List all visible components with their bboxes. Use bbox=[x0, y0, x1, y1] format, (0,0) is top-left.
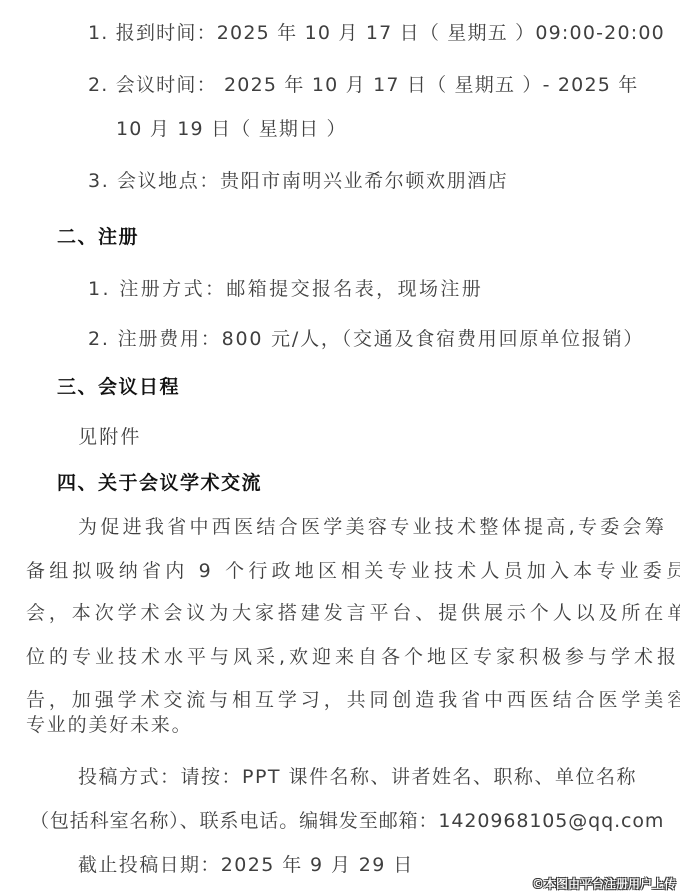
submission-method-line-continued: （包括科室名称）、联系电话。编辑发至邮箱：1420968105@qq.com bbox=[30, 808, 664, 834]
meeting-time-item: 2. 会议时间： 2025 年 10 月 17 日（ 星期五 ）- 2025 年 bbox=[88, 72, 638, 98]
section-heading-academic-exchange: 四、关于会议学术交流 bbox=[57, 470, 262, 496]
paragraph-line: 会，本次学术会议为大家搭建发言平台、提供展示个人以及所在单 bbox=[26, 600, 680, 626]
submission-deadline: 截止投稿日期：2025 年 9 月 29 日 bbox=[78, 852, 414, 878]
section-heading-registration: 二、注册 bbox=[57, 224, 139, 250]
schedule-body: 见附件 bbox=[78, 424, 142, 450]
registration-fee-item: 2. 注册费用：800 元/人，（交通及食宿费用回原单位报销） bbox=[88, 326, 644, 352]
paragraph-line: 专业的美好未来。 bbox=[26, 712, 192, 738]
meeting-time-item-continued: 10 月 19 日（ 星期日 ） bbox=[116, 116, 347, 142]
upload-watermark: ©本图由平台注册用户上传 bbox=[532, 877, 676, 891]
meeting-venue-item: 3. 会议地点：贵阳市南明兴业希尔顿欢朋酒店 bbox=[88, 168, 508, 194]
paragraph-line: 为促进我省中西医结合医学美容专业技术整体提高,专委会筹 bbox=[78, 514, 667, 540]
checkin-time-item: 1. 报到时间：2025 年 10 月 17 日（ 星期五 ）09:00-20:… bbox=[88, 20, 665, 46]
submission-method-line: 投稿方式：请按：PPT 课件名称、讲者姓名、职称、单位名称 bbox=[78, 764, 637, 790]
registration-method-item: 1. 注册方式：邮箱提交报名表，现场注册 bbox=[88, 276, 483, 302]
paragraph-line: 备组拟吸纳省内 9 个行政地区相关专业技术人员加入本专业委员 bbox=[26, 558, 680, 584]
paragraph-line: 位的专业技术水平与风采,欢迎来自各个地区专家积极参与学术报 bbox=[26, 644, 680, 670]
section-heading-schedule: 三、会议日程 bbox=[57, 374, 180, 400]
paragraph-line: 告，加强学术交流与相互学习，共同创造我省中西医结合医学美容 bbox=[26, 687, 680, 713]
